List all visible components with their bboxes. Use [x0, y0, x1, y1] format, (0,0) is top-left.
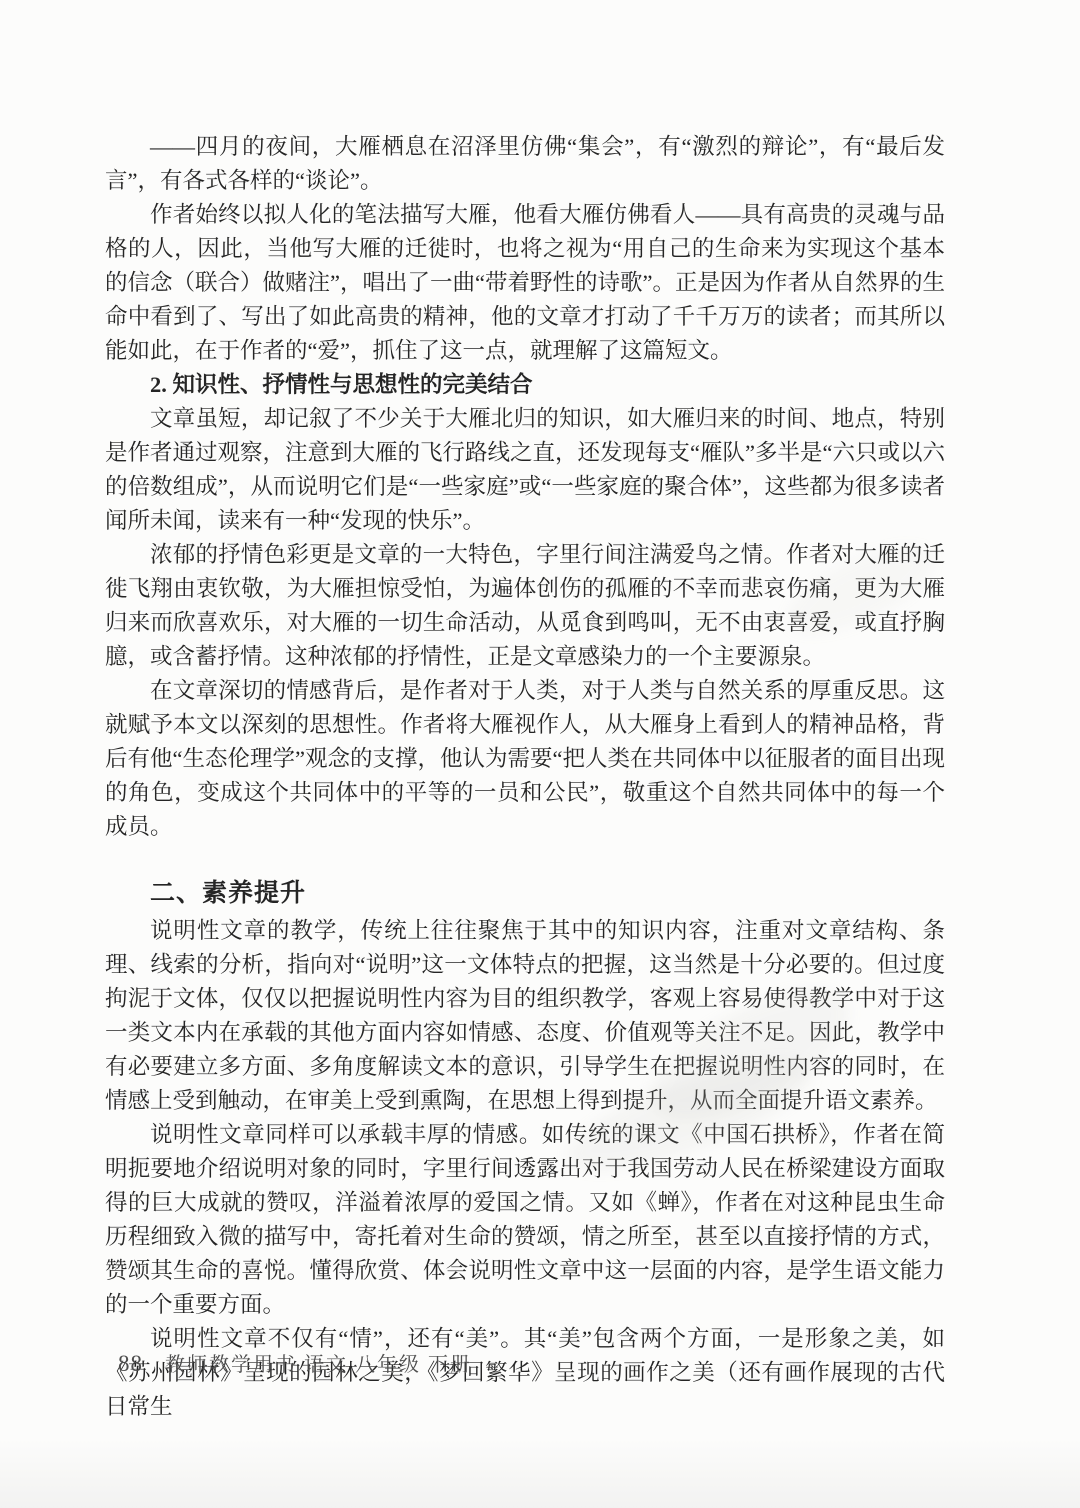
paragraph-quote-april-night: ——四月的夜间，大雁栖息在沼泽里仿佛“集会”，有“激烈的辩论”，有“最后发言”，… [105, 130, 945, 198]
book-title: 教师教学用书 语文 八年级 下册 [165, 1348, 472, 1377]
paragraph-ecological-ethics: 在文章深切的情感背后，是作者对于人类，对于人类与自然关系的厚重反思。这就赋予本文… [105, 674, 945, 844]
section-heading-suyang-tisheng: 二、素养提升 [105, 876, 945, 912]
page-body-text: ——四月的夜间，大雁栖息在沼泽里仿佛“集会”，有“激烈的辩论”，有“最后发言”，… [105, 130, 945, 1424]
scanned-textbook-page: ——四月的夜间，大雁栖息在沼泽里仿佛“集会”，有“激烈的辩论”，有“最后发言”，… [0, 0, 1080, 1508]
scan-edge-shadow [0, 1438, 1080, 1508]
page-footer: 88 教师教学用书 语文 八年级 下册 [118, 1348, 472, 1377]
paragraph-knowledge-content: 文章虽短，却记叙了不少关于大雁北归的知识，如大雁归来的时间、地点，特别是作者通过… [105, 402, 945, 538]
paragraph-lyrical-color: 浓郁的抒情色彩更是文章的一大特色，字里行间注满爱鸟之情。作者对大雁的迁徙飞翔由衷… [105, 538, 945, 674]
paragraph-personification-analysis: 作者始终以拟人化的笔法描写大雁，他看大雁仿佛看人——具有高贵的灵魂与品格的人，因… [105, 198, 945, 368]
page-number: 88 [118, 1351, 143, 1377]
paragraph-expository-teaching: 说明性文章的教学，传统上往往聚焦于其中的知识内容，注重对文章结构、条理、线索的分… [105, 914, 945, 1118]
paragraph-expository-emotion-examples: 说明性文章同样可以承载丰厚的情感。如传统的课文《中国石拱桥》，作者在简明扼要地介… [105, 1118, 945, 1322]
subsection-heading-2: 2. 知识性、抒情性与思想性的完美结合 [105, 368, 945, 402]
